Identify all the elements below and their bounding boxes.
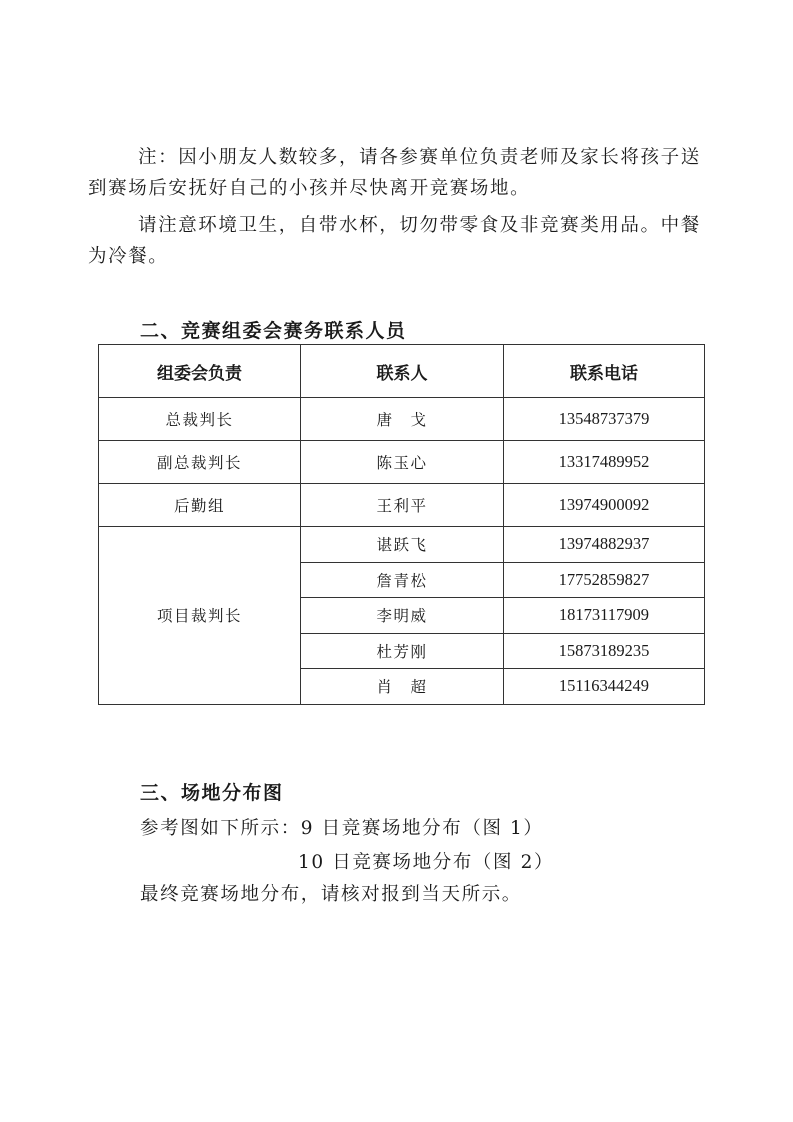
contact-table: 组委会负责 联系人 联系电话 总裁判长 唐 戈 13548737379 副总裁判… [98, 344, 705, 705]
header-role: 组委会负责 [99, 345, 301, 398]
contact-cell: 杜芳刚 [301, 633, 504, 669]
header-phone: 联系电话 [504, 345, 705, 398]
contact-cell: 陈玉心 [301, 441, 504, 484]
role-cell: 后勤组 [99, 484, 301, 527]
contact-cell: 李明威 [301, 598, 504, 634]
note-text-1: 注：因小朋友人数较多，请各参赛单位负责老师及家长将孩子送到赛场后安抚好自己的小孩… [88, 147, 701, 199]
table-row: 项目裁判长 谌跃飞 13974882937 [99, 527, 705, 563]
note-text-2: 请注意环境卫生，自带水杯，切勿带零食及非竞赛类用品。中餐为冷餐。 [88, 215, 701, 267]
contact-cell: 唐 戈 [301, 398, 504, 441]
contact-cell: 肖 超 [301, 669, 504, 705]
section-2-title: 二、竞赛组委会赛务联系人员 [140, 316, 407, 343]
table-row: 副总裁判长 陈玉心 13317489952 [99, 441, 705, 484]
phone-cell: 18173117909 [504, 598, 705, 634]
phone-cell: 13974900092 [504, 484, 705, 527]
section-3-line-1: 参考图如下所示：9 日竞赛场地分布（图 1） [140, 814, 544, 840]
table-row: 后勤组 王利平 13974900092 [99, 484, 705, 527]
section-3-title: 三、场地分布图 [140, 778, 284, 805]
table-header-row: 组委会负责 联系人 联系电话 [99, 345, 705, 398]
phone-cell: 15873189235 [504, 633, 705, 669]
section-3-line-3: 最终竞赛场地分布，请核对报到当天所示。 [140, 880, 522, 906]
note-paragraph-2: 请注意环境卫生，自带水杯，切勿带零食及非竞赛类用品。中餐为冷餐。 [88, 210, 708, 272]
header-contact: 联系人 [301, 345, 504, 398]
table-row: 总裁判长 唐 戈 13548737379 [99, 398, 705, 441]
group-role-cell: 项目裁判长 [99, 527, 301, 705]
note-paragraph-1: 注：因小朋友人数较多，请各参赛单位负责老师及家长将孩子送到赛场后安抚好自己的小孩… [88, 142, 708, 204]
role-cell: 总裁判长 [99, 398, 301, 441]
section-3-line-2: 10 日竞赛场地分布（图 2） [298, 848, 554, 874]
phone-cell: 17752859827 [504, 562, 705, 598]
contact-cell: 詹青松 [301, 562, 504, 598]
phone-cell: 13317489952 [504, 441, 705, 484]
document-page: 注：因小朋友人数较多，请各参赛单位负责老师及家长将孩子送到赛场后安抚好自己的小孩… [0, 0, 793, 1122]
phone-cell: 15116344249 [504, 669, 705, 705]
contact-cell: 王利平 [301, 484, 504, 527]
contact-cell: 谌跃飞 [301, 527, 504, 563]
phone-cell: 13548737379 [504, 398, 705, 441]
phone-cell: 13974882937 [504, 527, 705, 563]
role-cell: 副总裁判长 [99, 441, 301, 484]
